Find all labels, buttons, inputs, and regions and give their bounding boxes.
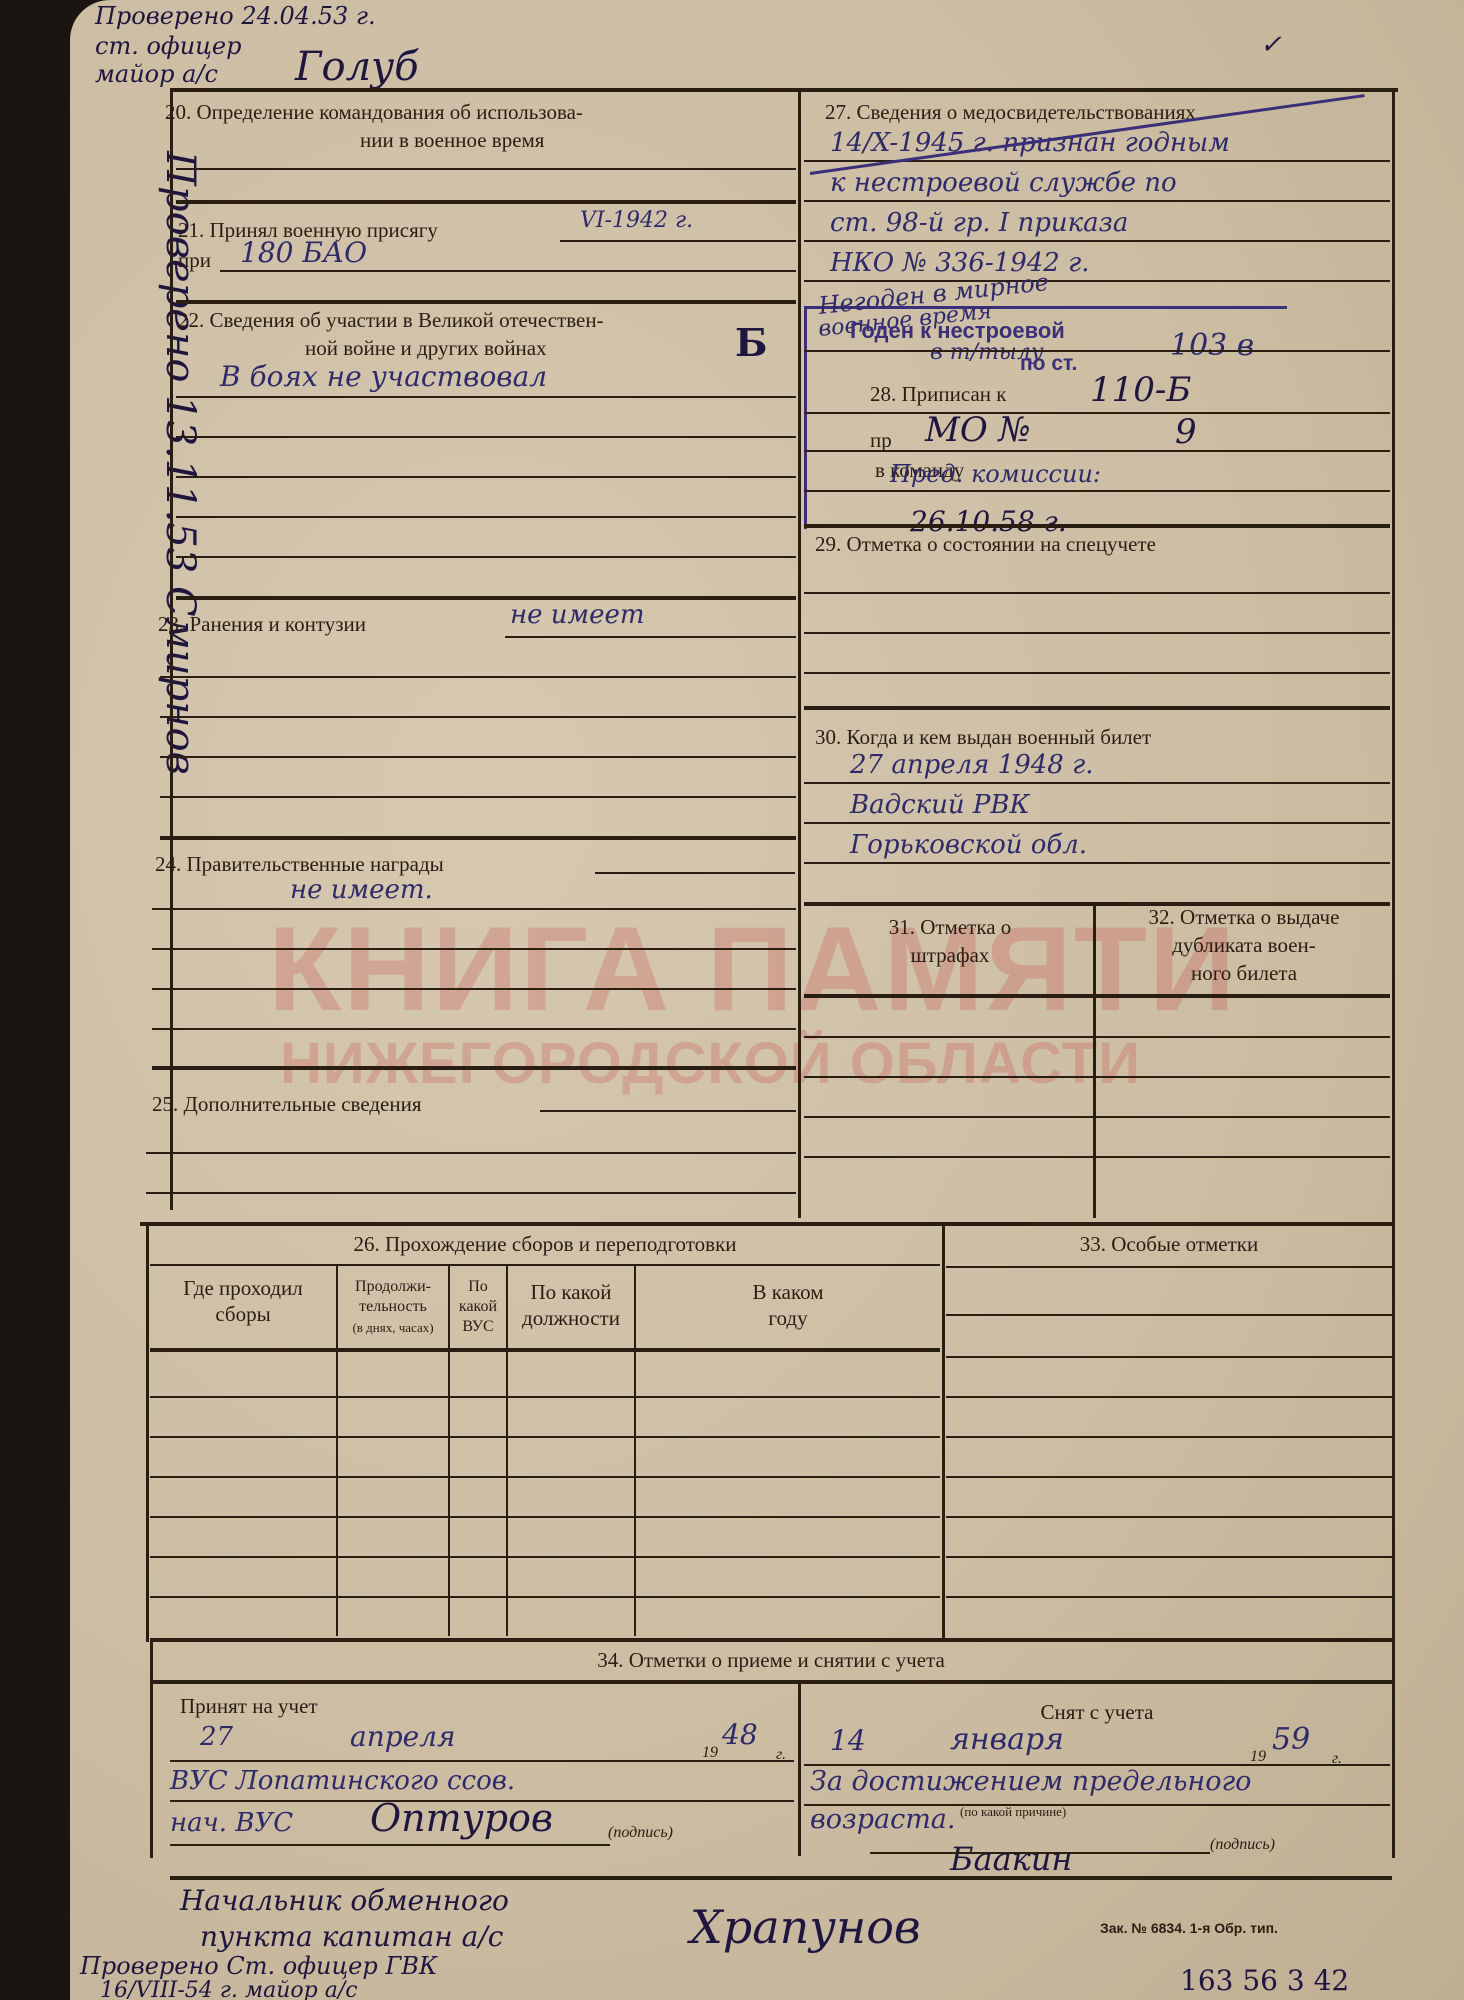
s34-removed-reason-label: (по какой причине)	[960, 1804, 1066, 1820]
s22-mark: Б	[735, 320, 767, 365]
document-page: Проверено 24.04.53 г. ст. офицер майор а…	[70, 0, 1464, 2000]
rule	[804, 862, 1390, 864]
rule	[540, 1110, 796, 1112]
s24-label: 24. Правительственные награды	[155, 852, 444, 877]
s26-col2-l1: Продолжи-	[338, 1278, 448, 1296]
s34-removed-reason-1: За достижением предельного	[810, 1766, 1251, 1797]
s27-line3: ст. 98-й гр. I приказа	[830, 208, 1128, 238]
s31-label-2: штрафах	[810, 943, 1090, 968]
rule	[160, 676, 796, 678]
s29-label: 29. Отметка о состоянии на спецучете	[815, 532, 1156, 557]
rule	[150, 1348, 940, 1352]
rule	[804, 524, 1390, 528]
rule	[160, 756, 796, 758]
s31-label-1: 31. Отметка о	[810, 915, 1090, 940]
rule	[176, 168, 796, 170]
s34-accepted-sig-label: (подпись)	[608, 1824, 673, 1842]
rule	[804, 412, 1390, 414]
rule	[804, 782, 1390, 784]
print-info: Зак. № 6834. 1-я Обр. тип.	[1100, 1920, 1278, 1936]
s26-col4-l2: должности	[508, 1306, 634, 1331]
rule	[150, 1638, 1392, 1642]
rule	[170, 1876, 1392, 1880]
rule	[160, 796, 796, 798]
s22-label-2: ной войне и других войнах	[305, 336, 547, 361]
rule	[176, 200, 796, 204]
rule	[946, 1266, 1392, 1268]
s26-33-divider	[942, 1222, 945, 1642]
s28-value: 110-Б	[1090, 370, 1191, 410]
bottom-line4: 16/VIII-54 г. майор а/с	[100, 1978, 358, 2000]
rule	[804, 450, 1390, 452]
rule	[804, 1036, 1390, 1038]
s21-unit: 180 БАО	[240, 236, 367, 269]
table-row	[150, 1476, 940, 1478]
rule	[176, 300, 796, 304]
bottom-line1: Начальник обменного	[180, 1884, 509, 1917]
rule	[176, 396, 796, 398]
s34-removed-day: 14	[830, 1724, 866, 1757]
s31-32-divider	[1093, 902, 1096, 1218]
rule	[160, 836, 796, 840]
s34-accepted-line2: ВУС Лопатинского ссов.	[170, 1766, 515, 1796]
s26-col3-l1: По	[450, 1278, 506, 1296]
s26-col2-l3: (в днях, часах)	[338, 1320, 448, 1336]
watermark-line2: НИЖЕГОРОДСКОЙ ОБЛАСТИ	[280, 1030, 1141, 1097]
s32-label-2: дубликата воен-	[1098, 933, 1390, 958]
s25-label: 25. Дополнительные сведения	[152, 1092, 422, 1117]
rule	[170, 1844, 610, 1846]
top-note-signature: Голуб	[295, 44, 419, 90]
rule	[176, 596, 796, 600]
bottom-signature: Храпунов	[690, 1900, 921, 1954]
rule	[946, 1314, 1392, 1316]
rule	[946, 1396, 1392, 1398]
s32-label-3: ного билета	[1098, 961, 1390, 986]
s34-removed-sig-label: (подпись)	[1210, 1836, 1275, 1854]
s26-col2-l2: тельность	[338, 1298, 448, 1316]
table-row	[150, 1556, 940, 1558]
s34-removed-year: 59	[1272, 1722, 1310, 1757]
rule	[176, 476, 796, 478]
table-row	[150, 1596, 940, 1598]
rule	[946, 1356, 1392, 1358]
s34-accepted-signature: Оптуров	[370, 1796, 553, 1840]
stamp-printed-2: по ст.	[1020, 352, 1077, 376]
rule	[505, 636, 796, 638]
s30-label: 30. Когда и кем выдан военный билет	[815, 725, 1151, 750]
s24-value: не имеет.	[290, 875, 433, 905]
s30-line2: Вадский РВК	[850, 790, 1030, 820]
rule	[152, 1028, 796, 1030]
s26-col5-l2: году	[636, 1306, 940, 1331]
stamp-order-num: 9	[1175, 412, 1197, 452]
rule	[152, 948, 796, 950]
s27-line2: к нестроевой службе по	[830, 168, 1177, 198]
archive-number: 163 56 3 42	[1180, 1964, 1349, 1997]
top-note-line1: Проверено 24.04.53 г.	[95, 2, 376, 30]
s26-col4-l1: По какой	[508, 1280, 634, 1305]
frame-left-lower	[146, 1222, 149, 1642]
rule	[804, 1116, 1390, 1118]
s34-accepted-line3: нач. ВУС	[170, 1808, 293, 1838]
rule	[804, 240, 1390, 242]
s21-pri-label: при	[178, 248, 211, 273]
frame-right	[1392, 88, 1395, 1858]
rule	[804, 706, 1390, 710]
s26-col1-l2: сборы	[150, 1302, 336, 1327]
s34-accepted-month: апреля	[350, 1720, 456, 1753]
rule	[176, 436, 796, 438]
rule	[804, 200, 1390, 202]
rule	[804, 490, 1390, 492]
rule	[170, 1760, 794, 1762]
rule	[804, 994, 1390, 998]
rule	[152, 908, 796, 910]
stamp-article: 103 в	[1170, 328, 1254, 363]
rule	[140, 1222, 1392, 1226]
s27-label: 27. Сведения о медосвидетельствованиях	[825, 100, 1196, 125]
s22-value: В боях не участвовал	[220, 360, 547, 393]
s34-accepted-day: 27	[200, 1722, 233, 1752]
bottom-line2: пункта капитан а/с	[200, 1920, 503, 1953]
s28-label: 28. Приписан к	[870, 382, 1006, 407]
s21-date: VI-1942 г.	[580, 208, 693, 233]
stamp-chair: Пред. комиссии:	[890, 460, 1101, 488]
rule	[220, 270, 796, 272]
rule	[152, 1066, 796, 1070]
s20-label-2: нии в военное время	[360, 128, 544, 153]
s23-label: 23. Ранения и контузии	[158, 612, 366, 637]
rule	[804, 592, 1390, 594]
s22-label-1: 22. Сведения об участии в Великой отечес…	[178, 308, 604, 333]
s34-title: 34. Отметки о приеме и снятии с учета	[150, 1648, 1392, 1673]
rule	[146, 1192, 796, 1194]
rule	[804, 1076, 1390, 1078]
s30-line3: Горьковской обл.	[850, 830, 1087, 860]
s33-label: 33. Особые отметки	[946, 1232, 1392, 1257]
s30-line1: 27 апреля 1948 г.	[850, 750, 1094, 780]
rule	[870, 1852, 1210, 1854]
rule	[176, 516, 796, 518]
s34-removed-reason-2: возраста.	[810, 1804, 955, 1835]
rule	[804, 672, 1390, 674]
rule	[946, 1556, 1392, 1558]
s23-value: не имеет	[510, 600, 645, 630]
s20-label-1: 20. Определение командования об использо…	[165, 100, 583, 125]
rule	[150, 1680, 1392, 1684]
stamp-order: МО №	[925, 410, 1031, 450]
rule	[946, 1476, 1392, 1478]
rule	[160, 716, 796, 718]
bottom-line3: Проверено Ст. офицер ГВК	[80, 1952, 437, 1980]
column-divider	[798, 88, 801, 1218]
rule	[804, 350, 1390, 352]
rule	[146, 1152, 796, 1154]
s26-col5-l1: В каком	[636, 1280, 940, 1305]
rule	[946, 1516, 1392, 1518]
s34-removed-month: января	[950, 1722, 1064, 1757]
s34-removed-signature: Баакин	[950, 1840, 1072, 1878]
s34-accepted-year: 48	[722, 1718, 758, 1751]
s34-divider	[798, 1680, 801, 1856]
s32-label-1: 32. Отметка о выдаче	[1098, 905, 1390, 930]
rule	[804, 1156, 1390, 1158]
frame-top	[170, 88, 1398, 92]
rule	[152, 988, 796, 990]
s26-title: 26. Прохождение сборов и переподготовки	[150, 1232, 940, 1257]
s34-accepted-label: Принят на учет	[180, 1694, 318, 1719]
table-row	[150, 1396, 940, 1398]
watermark-line1: КНИГА ПАМЯТИ	[268, 900, 1237, 1038]
frame-left	[170, 88, 173, 1210]
rule	[804, 280, 1390, 282]
rule	[176, 556, 796, 558]
rule	[804, 632, 1390, 634]
rule	[804, 822, 1390, 824]
side-note: Проверено 13.11.53 Смирнов	[157, 13, 203, 913]
s26-col3-l3: ВУС	[450, 1318, 506, 1336]
rule	[595, 872, 795, 874]
rule	[560, 240, 796, 242]
table-row	[150, 1436, 940, 1438]
s26-col3-l2: какой	[450, 1298, 506, 1316]
rule	[150, 1264, 940, 1266]
check-mark-icon: ✓	[1260, 30, 1282, 60]
s26-col1-l1: Где проходил	[150, 1276, 336, 1301]
rule	[946, 1596, 1392, 1598]
rule	[946, 1436, 1392, 1438]
table-row	[150, 1516, 940, 1518]
s27-line4: НКО № 336-1942 г.	[830, 248, 1090, 278]
